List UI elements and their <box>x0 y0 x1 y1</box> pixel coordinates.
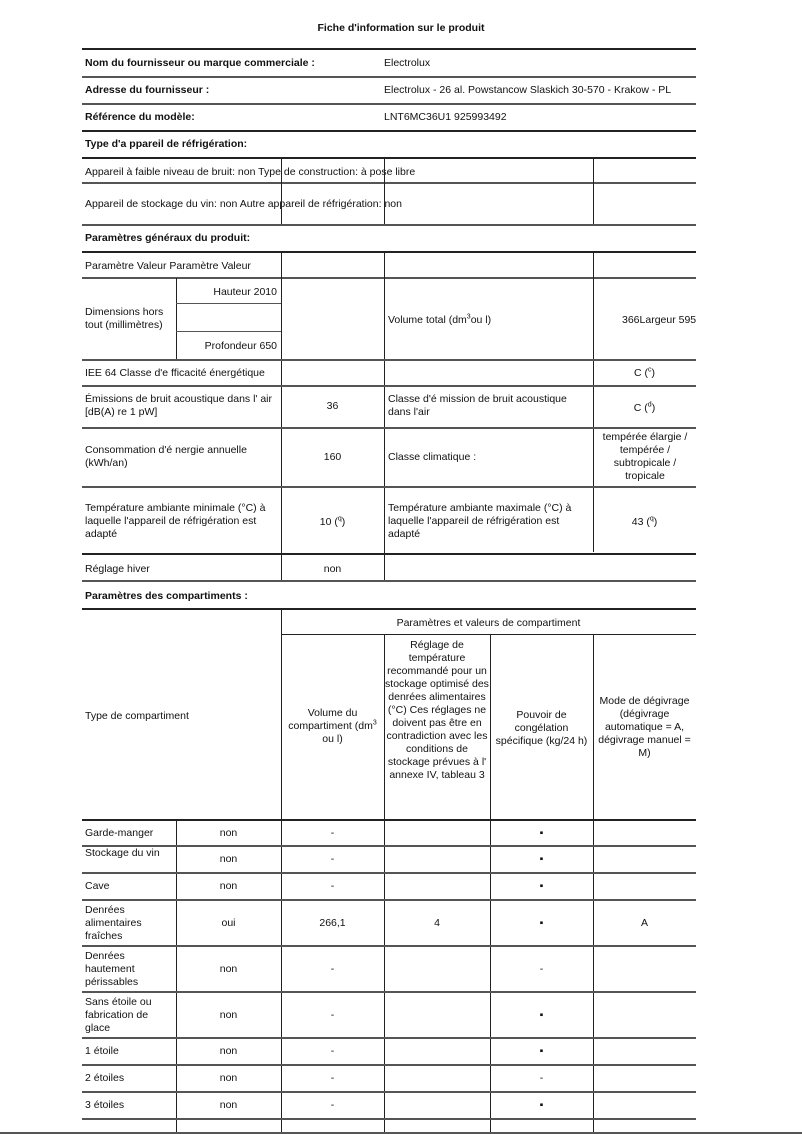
compartment-cell-freeze: ▪ <box>490 1009 593 1022</box>
rule <box>82 819 696 821</box>
col-defrost-header: Mode de dégivrage (dégivrage automatique… <box>593 695 696 760</box>
compartment-cell-freeze: ▪ <box>490 880 593 893</box>
compartment-cell-present: non <box>176 880 281 893</box>
col-volume-header: Volume du compartiment (dm3 ou l) <box>281 707 384 746</box>
compartment-cell-present: oui <box>176 917 281 930</box>
cell-border <box>281 157 282 224</box>
rule <box>82 553 696 555</box>
general-heading: Paramètres généraux du produit: <box>85 232 250 245</box>
compartment-cell-volume: 266,1 <box>281 917 384 930</box>
rule <box>82 103 696 105</box>
rule <box>82 1118 696 1120</box>
type-header: Type de compartiment <box>85 710 189 723</box>
compartment-cell-temp: 4 <box>384 917 490 930</box>
compartment-cell-freeze: ▪ <box>490 827 593 840</box>
supplier-name-label: Nom du fournisseur ou marque commerciale… <box>85 57 315 70</box>
rule <box>176 303 281 304</box>
model-label: Référence du modèle: <box>85 111 195 124</box>
cell-border <box>593 634 594 1134</box>
rule <box>82 872 696 874</box>
compartment-cell-type: Cave <box>85 880 175 893</box>
supplier-address-label: Adresse du fournisseur : <box>85 84 209 97</box>
compartment-cell-volume: - <box>281 1009 384 1022</box>
compartment-cell-freeze: ▪ <box>490 1045 593 1058</box>
rule <box>82 224 696 226</box>
cell-border <box>384 251 385 581</box>
compartment-cell-defrost: A <box>593 917 696 930</box>
rule <box>82 182 696 184</box>
eei-value: C (c) <box>593 367 696 380</box>
tmin-label: Température ambiante minimale (°C) à laq… <box>85 502 281 541</box>
eei-label: IEE 64 Classe d'e fficacité énergétique <box>85 367 265 380</box>
compartments-group-header: Paramètres et valeurs de compartiment <box>281 617 696 630</box>
model-value: LNT6MC36U1 925993492 <box>384 111 507 124</box>
page-title: Fiche d'information sur le produit <box>0 22 802 35</box>
supplier-name-value: Electrolux <box>384 57 430 70</box>
rule <box>82 486 696 488</box>
winter-value: non <box>281 563 384 576</box>
dimensions-label: Dimensions hors tout (millimètres) <box>85 306 175 332</box>
cell-border <box>384 634 385 1134</box>
rule <box>281 634 696 635</box>
compartment-cell-volume: - <box>281 827 384 840</box>
general-header-row: Paramètre Valeur Paramètre Valeur <box>85 260 251 273</box>
rule <box>82 157 696 159</box>
rule <box>82 277 696 279</box>
compartment-cell-freeze: ▪ <box>490 917 593 930</box>
compartments-heading: Paramètres des compartiments : <box>85 590 248 603</box>
compartment-cell-present: non <box>176 853 281 866</box>
compartment-cell-type: Denrées alimentaires fraîches <box>85 904 175 943</box>
compartment-cell-volume: - <box>281 1072 384 1085</box>
compartment-cell-present: non <box>176 1045 281 1058</box>
rule <box>176 331 281 332</box>
noise-class-value: C (d) <box>593 402 696 415</box>
rule <box>82 427 696 429</box>
rule <box>82 385 696 387</box>
compartment-cell-type: Garde-manger <box>85 827 175 840</box>
compartment-cell-present: non <box>176 1099 281 1112</box>
noise-class-label: Classe d'é mission de bruit acoustique d… <box>388 393 588 419</box>
compartment-cell-present: non <box>176 827 281 840</box>
appliance-type-row-2: Appareil de stockage du vin: non Autre a… <box>85 198 402 211</box>
compartment-cell-volume: - <box>281 853 384 866</box>
tmin-value: 10 (q) <box>281 516 384 529</box>
compartment-cell-type: Stockage du vin <box>85 847 175 860</box>
cell-border <box>281 251 282 581</box>
noise-value: 36 <box>281 400 384 413</box>
compartment-cell-type: Denrées hautement périssables <box>85 950 175 989</box>
compartment-cell-volume: - <box>281 963 384 976</box>
volume-width-value: 366Largeur 595 <box>622 314 696 327</box>
compartment-cell-present: non <box>176 1072 281 1085</box>
rule <box>82 359 696 361</box>
appliance-type-heading: Type d'a ppareil de réfrigération: <box>85 138 247 151</box>
rule <box>82 991 696 993</box>
cell-border <box>593 157 594 224</box>
rule <box>82 48 696 50</box>
energy-label: Consommation d'é nergie annuelle (kWh/an… <box>85 444 279 470</box>
depth-value: Profondeur 650 <box>176 340 277 353</box>
compartment-cell-freeze: - <box>490 1072 593 1085</box>
rule <box>82 130 696 132</box>
climate-value: tempérée élargie / tempérée / subtropica… <box>596 431 694 483</box>
cell-border <box>176 820 177 1134</box>
compartment-cell-freeze: - <box>490 963 593 976</box>
rule <box>82 945 696 947</box>
rule <box>82 76 696 78</box>
compartment-cell-present: non <box>176 963 281 976</box>
compartment-cell-freeze: ▪ <box>490 1099 593 1112</box>
compartment-cell-type: Sans étoile ou fabrication de glace <box>85 996 175 1035</box>
col-temp-header: Réglage de température recommandé pour u… <box>384 639 490 782</box>
rule <box>82 580 696 582</box>
tmax-value: 43 (q) <box>593 516 696 529</box>
compartment-cell-freeze: ▪ <box>490 853 593 866</box>
appliance-type-row-1: Appareil à faible niveau de bruit: non T… <box>85 166 415 179</box>
climate-label: Classe climatique : <box>388 451 476 464</box>
cell-border <box>384 157 385 224</box>
rule <box>82 1037 696 1039</box>
compartment-cell-type: 3 étoiles <box>85 1099 175 1112</box>
supplier-address-value: Electrolux - 26 al. Powstancow Slaskich … <box>384 84 671 97</box>
col-freeze-header: Pouvoir de congélation spécifique (kg/24… <box>490 709 593 748</box>
compartment-cell-volume: - <box>281 880 384 893</box>
volume-total-label: Volume total (dm3ou l) <box>388 314 491 327</box>
rule <box>82 608 696 610</box>
winter-label: Réglage hiver <box>85 563 150 576</box>
energy-value: 160 <box>281 451 384 464</box>
rule <box>82 1091 696 1093</box>
compartment-cell-type: 2 étoiles <box>85 1072 175 1085</box>
rule <box>82 251 696 253</box>
height-value: Hauteur 2010 <box>176 286 277 299</box>
rule <box>82 1064 696 1066</box>
compartment-cell-present: non <box>176 1009 281 1022</box>
noise-label: Émissions de bruit acoustique dans l' ai… <box>85 393 279 419</box>
compartment-cell-volume: - <box>281 1045 384 1058</box>
tmax-label: Température ambiante maximale (°C) à laq… <box>388 502 588 541</box>
compartment-cell-type: 1 étoile <box>85 1045 175 1058</box>
compartment-cell-volume: - <box>281 1099 384 1112</box>
rule <box>82 899 696 901</box>
